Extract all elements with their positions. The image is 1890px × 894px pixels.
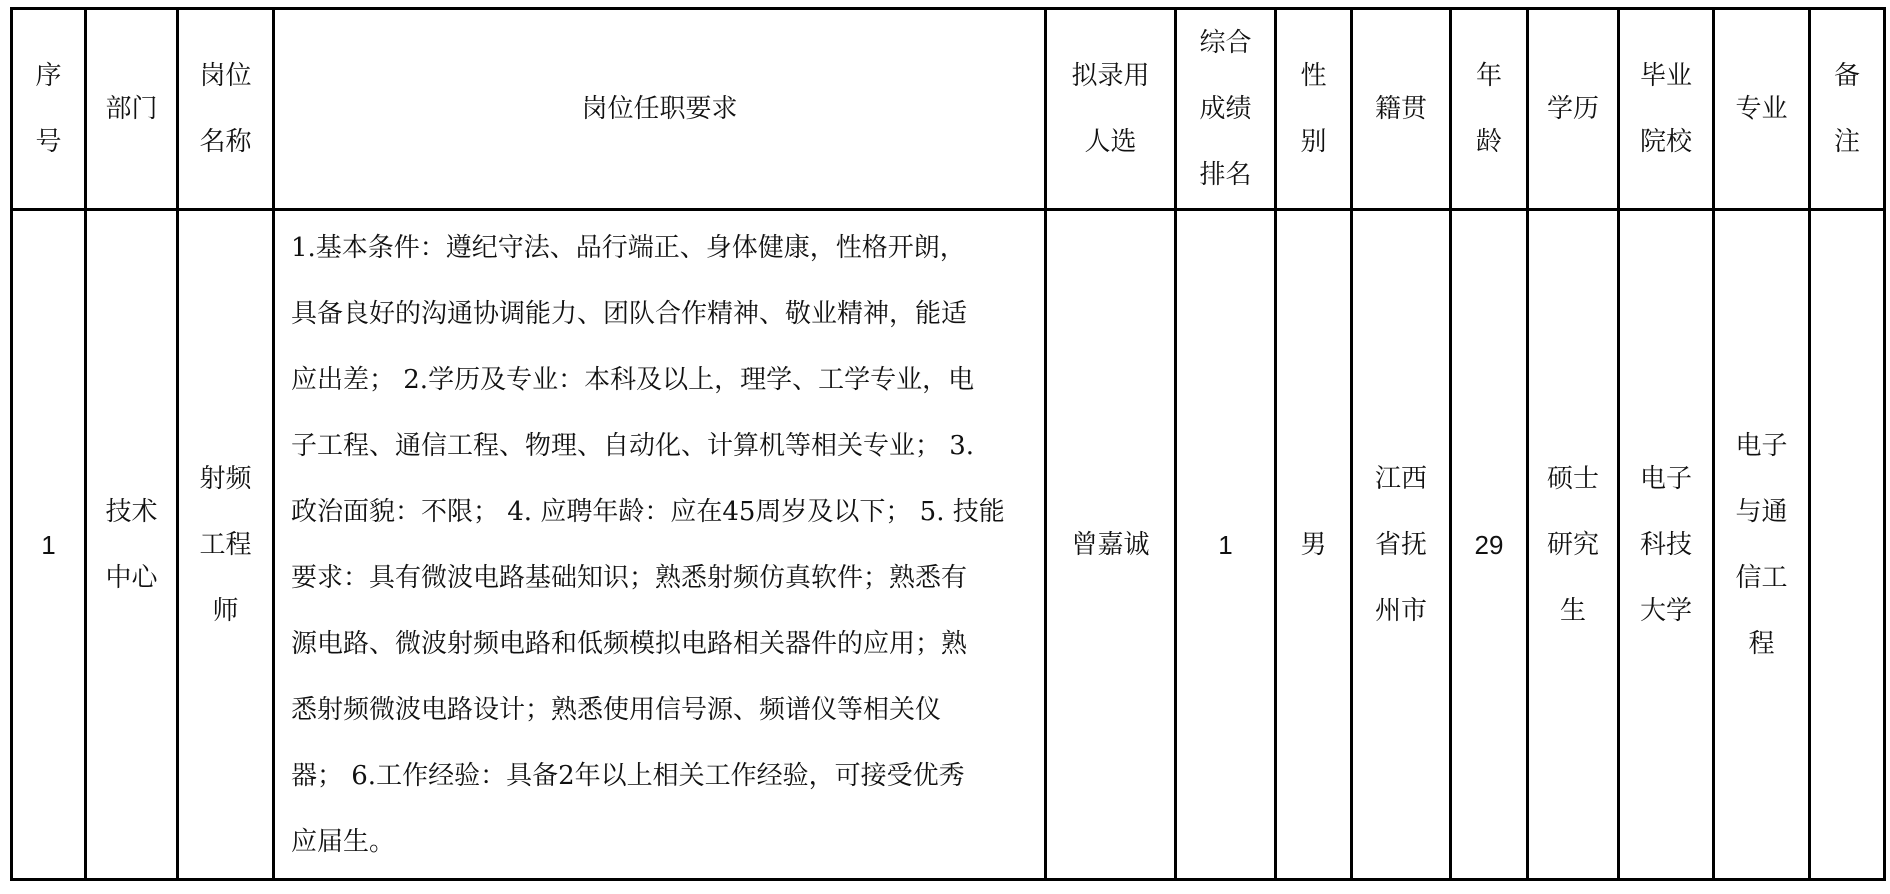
header-school-line2: 院校 <box>1640 109 1692 175</box>
cell-hometown-line3: 州市 <box>1375 578 1427 644</box>
header-department-label: 部门 <box>105 76 157 142</box>
cell-education-line1: 硕士 <box>1547 446 1599 512</box>
cell-candidate: 曾嘉诚 <box>1046 210 1176 880</box>
cell-position-line2: 工程 <box>199 512 251 578</box>
header-gender: 性别 <box>1276 9 1352 210</box>
header-position-line2: 名称 <box>199 109 251 175</box>
header-major-label: 专业 <box>1735 76 1787 142</box>
req-line: 政治面貌：不限； 4. 应聘年龄：应在45周岁及以下； 5. 技能 <box>291 497 1005 527</box>
table-row: 1 技术中心 射频工程师 1.基本条件：遵纪守法、品行端正、身体健康，性格开朗，… <box>12 210 1885 880</box>
header-candidate-line2: 人选 <box>1084 109 1136 175</box>
header-remarks-line1: 备 <box>1834 43 1860 109</box>
cell-requirements: 1.基本条件：遵纪守法、品行端正、身体健康，性格开朗，具备良好的沟通协调能力、团… <box>274 210 1046 880</box>
header-age: 年龄 <box>1451 9 1528 210</box>
cell-hometown-line1: 江西 <box>1375 446 1427 512</box>
cell-major: 电子与通信工程 <box>1714 210 1810 880</box>
header-education-label: 学历 <box>1547 76 1599 142</box>
header-gender-line2: 别 <box>1300 109 1326 175</box>
req-line: 源电路、微波射频电路和低频模拟电路相关器件的应用；熟 <box>291 629 967 659</box>
header-age-line2: 龄 <box>1476 109 1502 175</box>
cell-gender: 男 <box>1276 210 1352 880</box>
cell-major-line1: 电子 <box>1735 413 1787 479</box>
header-remarks-line2: 注 <box>1834 109 1860 175</box>
header-index-line1: 序 <box>35 43 61 109</box>
header-rank-line1: 综合 <box>1199 10 1251 76</box>
header-major: 专业 <box>1714 9 1810 210</box>
header-position: 岗位名称 <box>178 9 274 210</box>
header-education: 学历 <box>1528 9 1619 210</box>
cell-age: 29 <box>1451 210 1528 880</box>
cell-position-line3: 师 <box>212 578 238 644</box>
header-rank-line2: 成绩 <box>1199 76 1251 142</box>
header-gender-line1: 性 <box>1300 43 1326 109</box>
req-line: 要求：具有微波电路基础知识；熟悉射频仿真软件；熟悉有 <box>291 563 967 593</box>
cell-school: 电子科技大学 <box>1619 210 1714 880</box>
cell-major-line3: 信工 <box>1735 545 1787 611</box>
header-school-line1: 毕业 <box>1640 43 1692 109</box>
cell-index: 1 <box>12 210 86 880</box>
header-hometown-label: 籍贯 <box>1375 76 1427 142</box>
header-requirements-label: 岗位任职要求 <box>581 76 737 142</box>
req-line: 具备良好的沟通协调能力、团队合作精神、敬业精神，能适 <box>291 299 967 329</box>
req-line: 子工程、通信工程、物理、自动化、计算机等相关专业； 3. <box>291 431 974 461</box>
cell-department: 技术中心 <box>86 210 178 880</box>
header-row: 序号 部门 岗位名称 岗位任职要求 拟录用人选 综合成绩排名 性别 籍贯 年龄 … <box>12 9 1885 210</box>
cell-education: 硕士研究生 <box>1528 210 1619 880</box>
header-hometown: 籍贯 <box>1352 9 1451 210</box>
recruitment-table: 序号 部门 岗位名称 岗位任职要求 拟录用人选 综合成绩排名 性别 籍贯 年龄 … <box>10 7 1886 881</box>
header-rank-line3: 排名 <box>1199 142 1251 208</box>
cell-remarks <box>1810 210 1885 880</box>
cell-hometown-line2: 省抚 <box>1375 512 1427 578</box>
cell-department-line1: 技术 <box>105 479 157 545</box>
header-remarks: 备注 <box>1810 9 1885 210</box>
header-index: 序号 <box>12 9 86 210</box>
cell-school-line1: 电子 <box>1640 446 1692 512</box>
req-line: 器； 6.工作经验：具备2年以上相关工作经验，可接受优秀 <box>291 761 965 791</box>
cell-major-line2: 与通 <box>1735 479 1787 545</box>
req-line: 应届生。 <box>291 827 395 857</box>
header-requirements: 岗位任职要求 <box>274 9 1046 210</box>
cell-department-line2: 中心 <box>105 545 157 611</box>
cell-position: 射频工程师 <box>178 210 274 880</box>
cell-major-line4: 程 <box>1748 611 1774 677</box>
cell-rank: 1 <box>1176 210 1276 880</box>
cell-hometown: 江西省抚州市 <box>1352 210 1451 880</box>
header-rank: 综合成绩排名 <box>1176 9 1276 210</box>
header-index-line2: 号 <box>35 109 61 175</box>
header-age-line1: 年 <box>1476 43 1502 109</box>
cell-education-line3: 生 <box>1560 578 1586 644</box>
header-candidate-line1: 拟录用 <box>1071 43 1149 109</box>
cell-school-line2: 科技 <box>1640 512 1692 578</box>
header-department: 部门 <box>86 9 178 210</box>
header-school: 毕业院校 <box>1619 9 1714 210</box>
cell-education-line2: 研究 <box>1547 512 1599 578</box>
req-line: 应出差； 2.学历及专业：本科及以上，理学、工学专业，电 <box>291 365 974 395</box>
req-line: 悉射频微波电路设计；熟悉使用信号源、频谱仪等相关仪 <box>291 695 941 725</box>
req-line: 1.基本条件：遵纪守法、品行端正、身体健康，性格开朗， <box>291 233 966 263</box>
cell-school-line3: 大学 <box>1640 578 1692 644</box>
header-position-line1: 岗位 <box>199 43 251 109</box>
header-candidate: 拟录用人选 <box>1046 9 1176 210</box>
cell-position-line1: 射频 <box>199 446 251 512</box>
